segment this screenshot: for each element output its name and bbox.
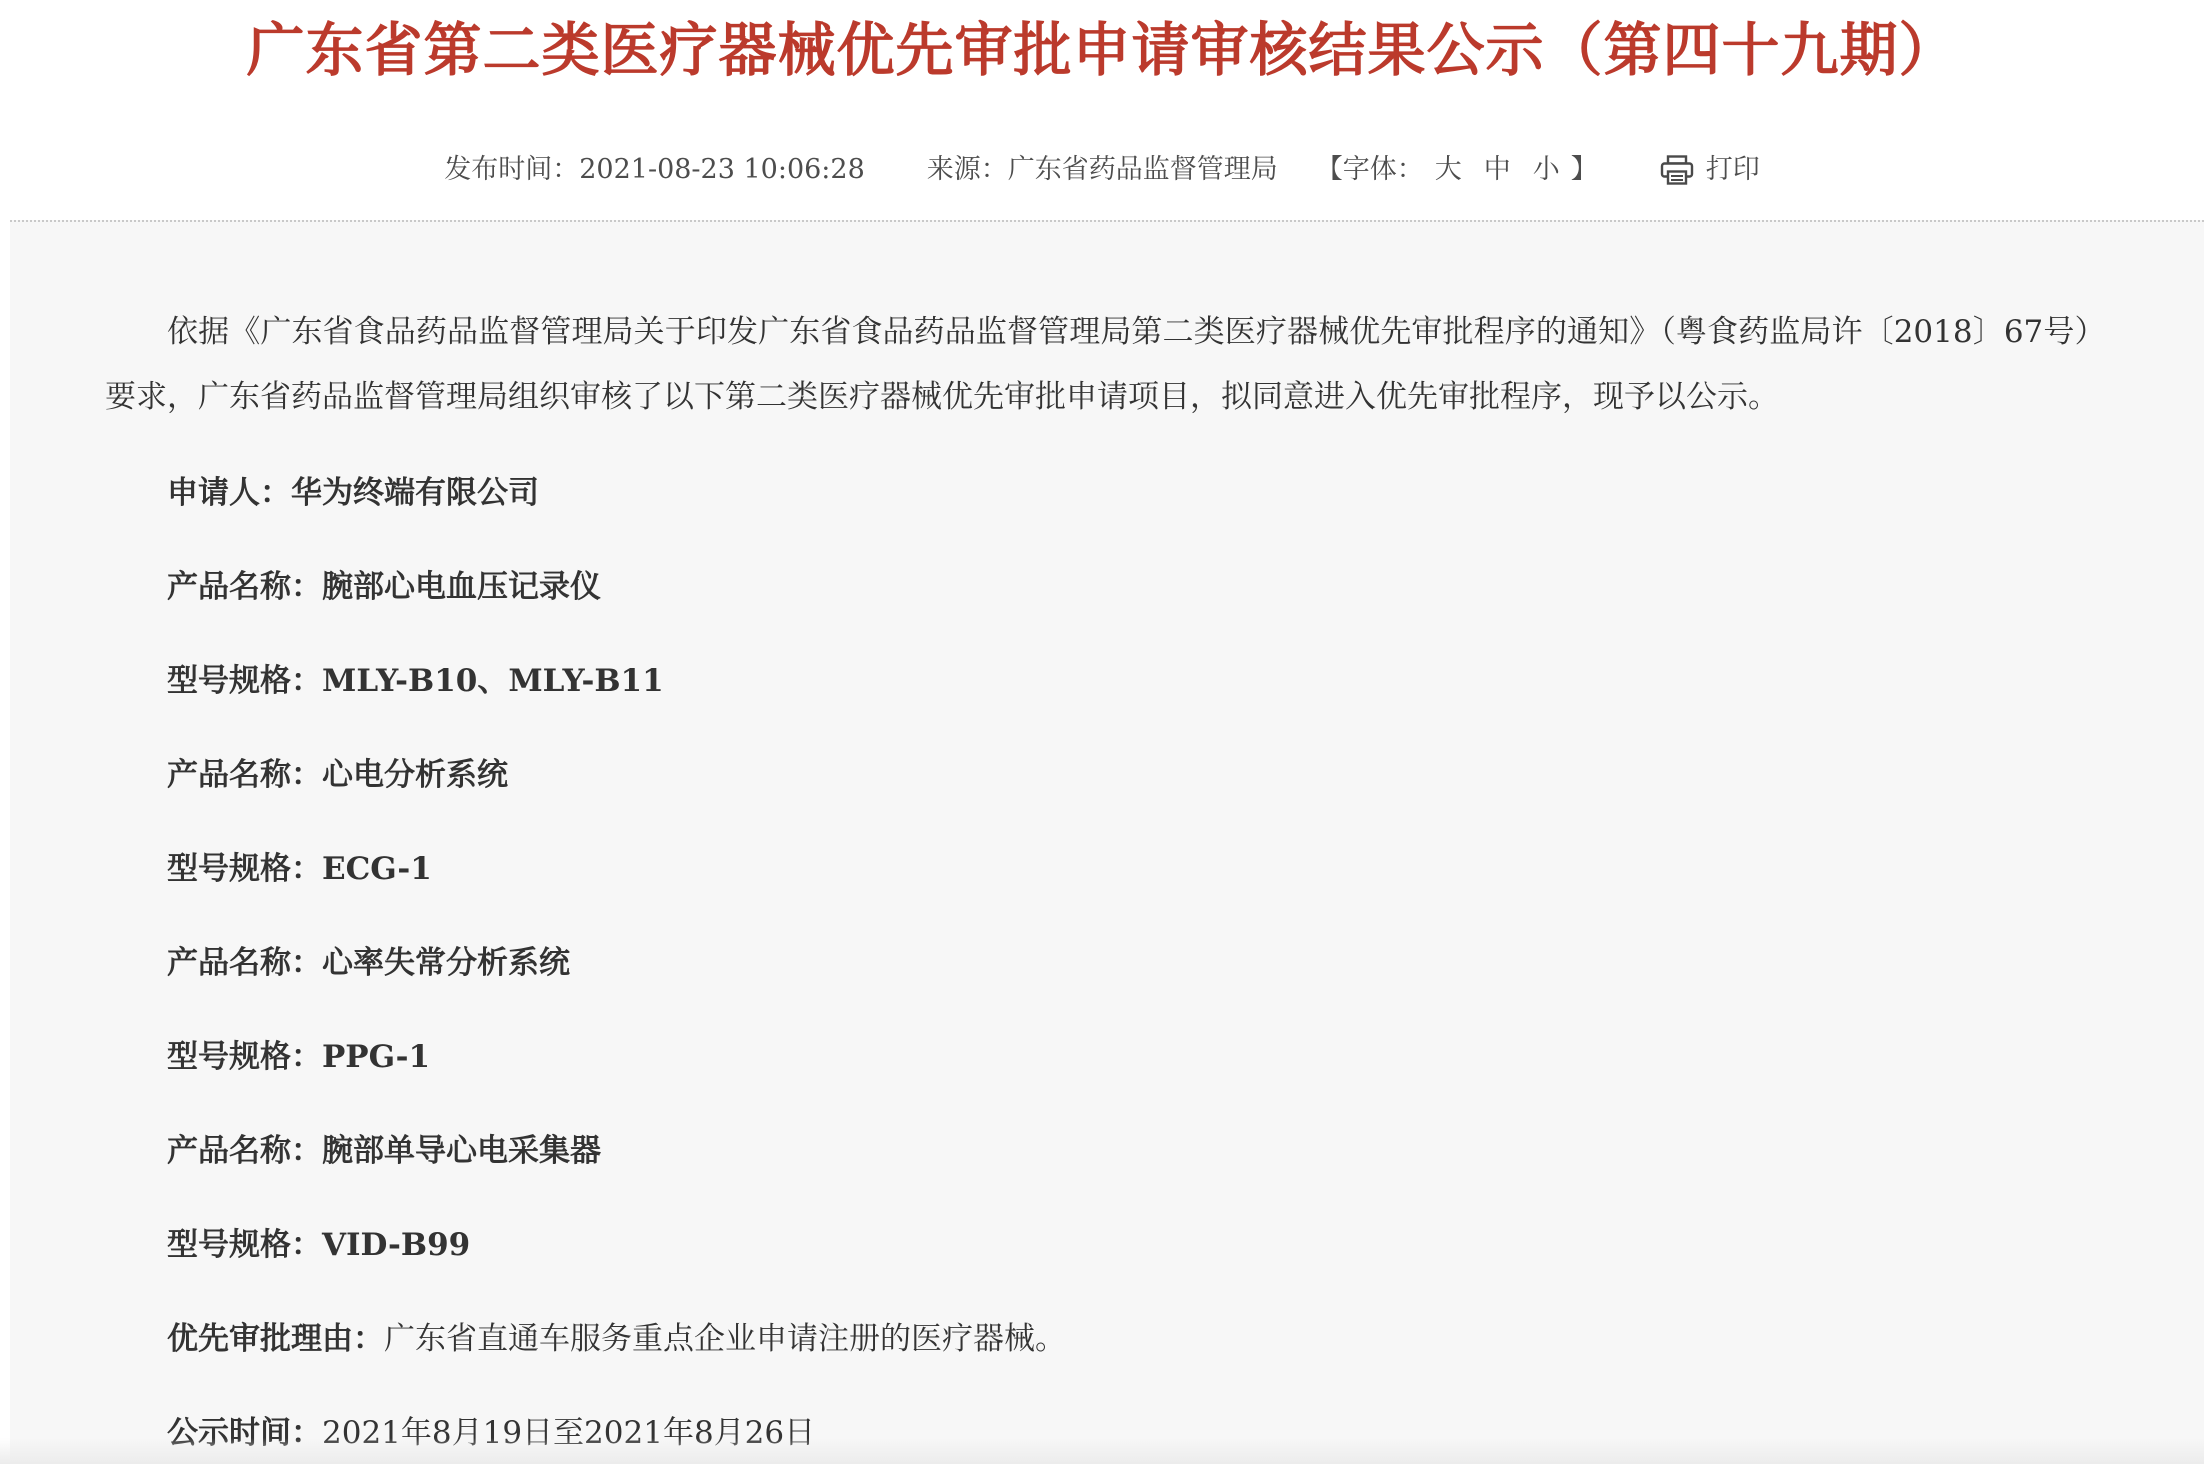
field-product-name-2: 产品名称：心电分析系统 (105, 758, 2090, 792)
article-body-panel: 依据《广东省食品药品监督管理局关于印发广东省食品药品监督管理局第二类医疗器械优先… (10, 220, 2204, 1464)
announcement-page: 广东省第二类医疗器械优先审批申请审核结果公示（第四十九期） 发布时间： 2021… (0, 0, 2204, 1464)
publish-time-value: 2021-08-23 10:06:28 (579, 150, 865, 190)
field-model-spec-2: 型号规格：ECG-1 (105, 852, 2090, 886)
field-model-spec-3: 型号规格：PPG-1 (105, 1040, 2090, 1074)
print-button[interactable]: 打印 (1660, 150, 1760, 190)
field-product-name-4: 产品名称：腕部单导心电采集器 (105, 1134, 2090, 1168)
field-priority-reason: 优先审批理由：广东省直通车服务重点企业申请注册的医疗器械。 (105, 1322, 2090, 1356)
field-model-spec-1: 型号规格：MLY-B10、MLY-B11 (105, 664, 2090, 698)
field-publicity-period: 公示时间：2021年8月19日至2021年8月26日 (105, 1416, 2090, 1450)
field-model-spec-4: 型号规格：VID-B99 (105, 1228, 2090, 1262)
field-product-name-1: 产品名称：腕部心电血压记录仪 (105, 570, 2090, 604)
font-switch-bracket-close: 】 (1571, 150, 1598, 190)
font-switch-bracket-open: 【字体： (1316, 150, 1424, 190)
source-label: 来源： (927, 150, 1008, 190)
font-size-small-button[interactable]: 小 (1533, 150, 1560, 190)
printer-icon (1660, 154, 1694, 186)
article-header: 广东省第二类医疗器械优先审批申请审核结果公示（第四十九期） 发布时间： 2021… (0, 0, 2204, 220)
font-size-large-button[interactable]: 大 (1435, 150, 1462, 190)
font-size-medium-button[interactable]: 中 (1484, 150, 1511, 190)
print-label: 打印 (1706, 150, 1760, 190)
publish-time: 发布时间： 2021-08-23 10:06:28 (444, 150, 865, 190)
field-product-name-3: 产品名称：心率失常分析系统 (105, 946, 2090, 980)
field-applicant: 申请人：华为终端有限公司 (105, 476, 2090, 510)
font-size-switcher: 【字体： 大 中 小 】 (1316, 150, 1598, 190)
publish-time-label: 发布时间： (444, 150, 579, 190)
page-title: 广东省第二类医疗器械优先审批申请审核结果公示（第四十九期） (0, 12, 2204, 88)
source: 来源： 广东省药品监督管理局 (927, 150, 1278, 190)
article-meta-row: 发布时间： 2021-08-23 10:06:28 来源： 广东省药品监督管理局… (0, 150, 2204, 190)
source-value: 广东省药品监督管理局 (1008, 150, 1278, 190)
intro-paragraph: 依据《广东省食品药品监督管理局关于印发广东省食品药品监督管理局第二类医疗器械优先… (105, 300, 2090, 430)
